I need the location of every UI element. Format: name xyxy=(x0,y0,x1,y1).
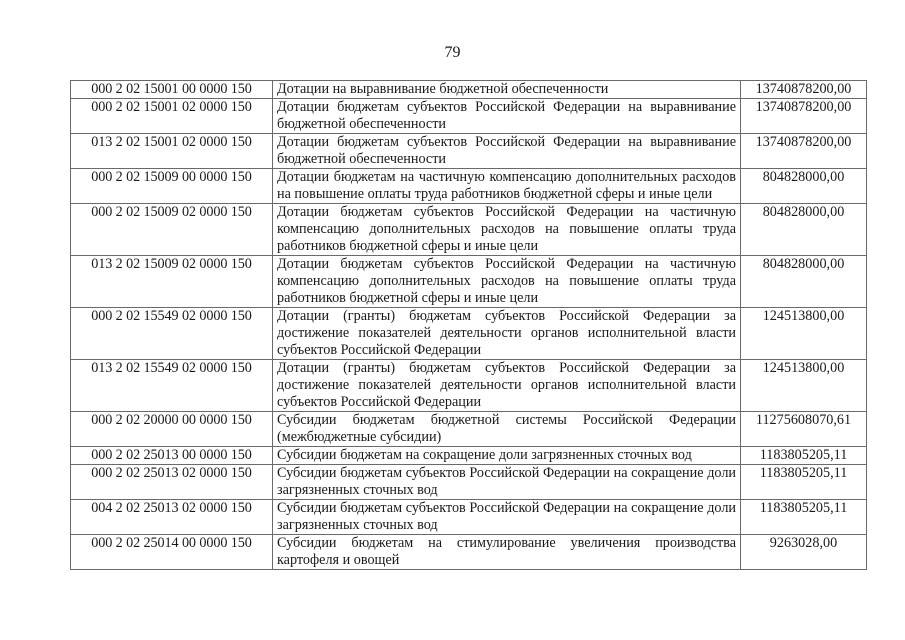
amount-cell: 1183805205,11 xyxy=(741,465,867,500)
table-row: 000 2 02 25013 02 0000 150 Субсидии бюдж… xyxy=(71,465,867,500)
description-cell: Субсидии бюджетам субъектов Российской Ф… xyxy=(273,465,741,500)
description-cell: Дотации (гранты) бюджетам субъектов Росс… xyxy=(273,360,741,412)
budget-code-cell: 000 2 02 15009 02 0000 150 xyxy=(71,204,273,256)
amount-cell: 804828000,00 xyxy=(741,169,867,204)
budget-code-cell: 000 2 02 15001 02 0000 150 xyxy=(71,99,273,134)
budget-code-cell: 013 2 02 15549 02 0000 150 xyxy=(71,360,273,412)
budget-code-cell: 000 2 02 15549 02 0000 150 xyxy=(71,308,273,360)
table-row: 004 2 02 25013 02 0000 150 Субсидии бюдж… xyxy=(71,500,867,535)
budget-code-cell: 013 2 02 15001 02 0000 150 xyxy=(71,134,273,169)
table-row: 000 2 02 25013 00 0000 150 Субсидии бюдж… xyxy=(71,447,867,465)
table-row: 000 2 02 15001 02 0000 150 Дотации бюдже… xyxy=(71,99,867,134)
table-row: 000 2 02 15001 00 0000 150 Дотации на вы… xyxy=(71,81,867,99)
table-row: 000 2 02 20000 00 0000 150 Субсидии бюдж… xyxy=(71,412,867,447)
amount-cell: 804828000,00 xyxy=(741,256,867,308)
description-cell: Субсидии бюджетам субъектов Российской Ф… xyxy=(273,500,741,535)
budget-revenue-table: 000 2 02 15001 00 0000 150 Дотации на вы… xyxy=(70,80,867,570)
page-number: 79 xyxy=(0,44,905,62)
table-row: 000 2 02 15549 02 0000 150 Дотации (гран… xyxy=(71,308,867,360)
budget-code-cell: 000 2 02 25013 00 0000 150 xyxy=(71,447,273,465)
budget-code-cell: 000 2 02 25013 02 0000 150 xyxy=(71,465,273,500)
description-cell: Дотации бюджетам субъектов Российской Фе… xyxy=(273,204,741,256)
amount-cell: 1183805205,11 xyxy=(741,447,867,465)
description-cell: Дотации бюджетам субъектов Российской Фе… xyxy=(273,99,741,134)
amount-cell: 13740878200,00 xyxy=(741,134,867,169)
description-cell: Субсидии бюджетам бюджетной системы Росс… xyxy=(273,412,741,447)
budget-code-cell: 000 2 02 15009 00 0000 150 xyxy=(71,169,273,204)
description-cell: Дотации бюджетам на частичную компенсаци… xyxy=(273,169,741,204)
description-cell: Субсидии бюджетам на стимулирование увел… xyxy=(273,535,741,570)
table-row: 000 2 02 25014 00 0000 150 Субсидии бюдж… xyxy=(71,535,867,570)
amount-cell: 124513800,00 xyxy=(741,360,867,412)
amount-cell: 124513800,00 xyxy=(741,308,867,360)
amount-cell: 13740878200,00 xyxy=(741,99,867,134)
table-row: 013 2 02 15001 02 0000 150 Дотации бюдже… xyxy=(71,134,867,169)
amount-cell: 11275608070,61 xyxy=(741,412,867,447)
amount-cell: 804828000,00 xyxy=(741,204,867,256)
amount-cell: 9263028,00 xyxy=(741,535,867,570)
budget-code-cell: 000 2 02 20000 00 0000 150 xyxy=(71,412,273,447)
description-cell: Дотации на выравнивание бюджетной обеспе… xyxy=(273,81,741,99)
table-row: 013 2 02 15009 02 0000 150 Дотации бюдже… xyxy=(71,256,867,308)
table-row: 000 2 02 15009 02 0000 150 Дотации бюдже… xyxy=(71,204,867,256)
budget-code-cell: 000 2 02 25014 00 0000 150 xyxy=(71,535,273,570)
table-row: 013 2 02 15549 02 0000 150 Дотации (гран… xyxy=(71,360,867,412)
budget-code-cell: 000 2 02 15001 00 0000 150 xyxy=(71,81,273,99)
description-cell: Дотации бюджетам субъектов Российской Фе… xyxy=(273,256,741,308)
budget-code-cell: 004 2 02 25013 02 0000 150 xyxy=(71,500,273,535)
amount-cell: 1183805205,11 xyxy=(741,500,867,535)
description-cell: Дотации бюджетам субъектов Российской Фе… xyxy=(273,134,741,169)
amount-cell: 13740878200,00 xyxy=(741,81,867,99)
table-row: 000 2 02 15009 00 0000 150 Дотации бюдже… xyxy=(71,169,867,204)
description-cell: Субсидии бюджетам на сокращение доли заг… xyxy=(273,447,741,465)
budget-code-cell: 013 2 02 15009 02 0000 150 xyxy=(71,256,273,308)
description-cell: Дотации (гранты) бюджетам субъектов Росс… xyxy=(273,308,741,360)
